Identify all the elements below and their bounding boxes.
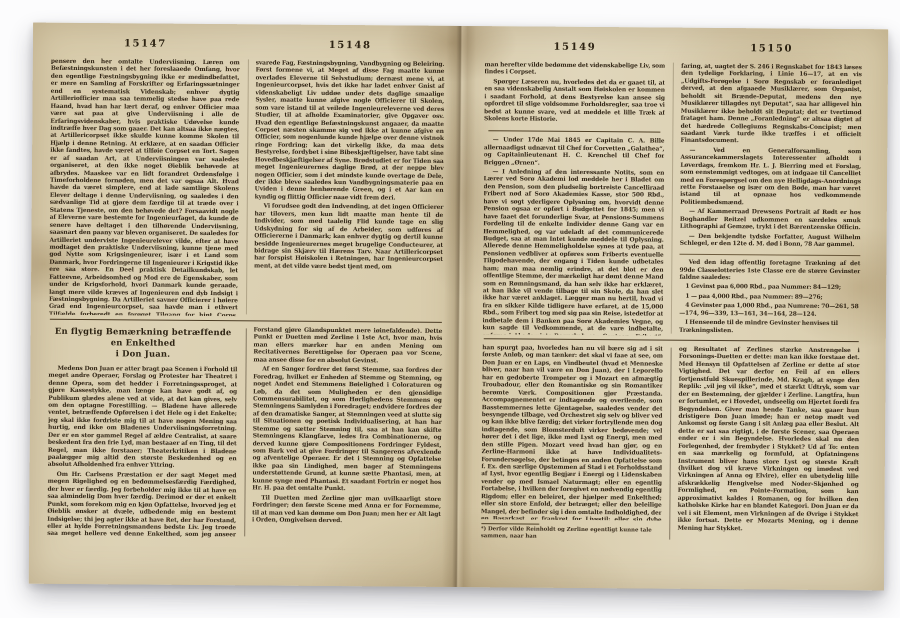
feuilleton-text: han spurgt paa, hvorledes han nu vil bær… <box>481 344 663 520</box>
paragraph: Til Duetten med Zerline gjør man uvilkaa… <box>252 494 441 525</box>
column-15150: 15150 faring, at, uagtet der S. 246 i Re… <box>679 43 862 337</box>
paragraph: pensere den her omtalte Underviisning. L… <box>49 58 240 316</box>
footnote-block: *) Derfor vilde Reinholdt og Zerline ege… <box>481 521 662 541</box>
paragraph: — Af Kammerraad Drewsens Portrait af Rød… <box>680 208 861 232</box>
footnote-text: *) Derfor vilde Reinholdt og Zerline ege… <box>481 526 662 541</box>
paragraph: — Under 17de Mai 1845 er Capitain C. A. … <box>484 136 665 167</box>
right-page-top-section: 15149 man herefter vilde bedømme det vid… <box>482 41 862 337</box>
news-notices: faring, at, uagtet der S. 246 i Regnskab… <box>680 63 862 251</box>
paragraph: han spurgt paa, hvorledes han nu vil bær… <box>481 344 663 520</box>
feuilleton-column-1: En flygtig Bemærkning betræffende en Enk… <box>47 325 237 538</box>
lottery-results: Ved den idag offentlig foretagne Træknin… <box>679 259 860 337</box>
article-text: man herefter vilde bedømme det videnskab… <box>484 61 665 126</box>
feuilleton-title-line1: En flygtig Bemærkning betræffende en Enk… <box>55 326 232 348</box>
feuilleton-title-line2: i Don Juan. <box>116 348 171 358</box>
news-notices: — Under 17de Mai 1845 er Capitain C. A. … <box>482 136 664 335</box>
paragraph: Spørger Læseren nu, hvorledes det da er … <box>484 78 665 124</box>
lottery-intro: Ved den idag offentlig foretagne Træknin… <box>679 259 860 283</box>
paragraph: — I Anledning af den interessante Notits… <box>482 168 664 335</box>
paragraph: — Den bekjendte tydske Forfatter, August… <box>680 232 861 248</box>
column-15147: 15147 pensere den her omtalte Underviisn… <box>49 38 240 316</box>
feuilleton-text: og Resultatet af Zerlines stærke Anstren… <box>677 346 859 543</box>
left-page-top-section: 15147 pensere den her omtalte Underviisn… <box>49 38 445 318</box>
paragraph: Medens Don Juan er atter bragt paa Scene… <box>48 365 238 471</box>
feuilleton-text: Medens Don Juan er atter bragt paa Scene… <box>47 365 237 539</box>
column-number: 15149 <box>484 41 665 53</box>
paragraph: faring, at, uagtet der S. 246 i Regnskab… <box>681 63 862 146</box>
paragraph: I Henseende til de mindre Gevinster henv… <box>679 319 860 335</box>
column-number: 15147 <box>51 38 240 50</box>
feuilleton-title: En flygtig Bemærkning betræffende en Enk… <box>49 326 238 360</box>
newspaper-spread: 15147 pensere den her omtalte Underviisn… <box>29 23 888 591</box>
paragraph: 4 Gevinster paa 1,000 Rbd., paa Numrene:… <box>679 302 860 318</box>
paragraph: Af en Sanger fordrer det først Stemme, s… <box>252 366 442 494</box>
right-page: 15149 man herefter vilde bedømme det vid… <box>456 26 888 590</box>
paragraph: 1 Gevinst paa 6,000 Rbd., paa Nummer: 84… <box>679 283 860 292</box>
paragraph: man herefter vilde bedømme det videnskab… <box>484 61 665 77</box>
feuilleton-section-right: han spurgt paa, hvorledes han nu vil bær… <box>481 344 860 543</box>
paragraph: svarede Fag, Fæstningsbygning, Vandbygni… <box>255 59 445 202</box>
paragraph: 1 — paa 4,000 Rbd., paa Nummer: 89—276; <box>679 293 860 302</box>
footnote-rule <box>481 523 539 524</box>
feuilleton-column-3: han spurgt paa, hvorledes han nu vil bær… <box>481 344 663 541</box>
section-divider-rule <box>483 338 858 342</box>
column-15148: 15148 svarede Fag, Fæstningsbygning, Van… <box>254 39 445 317</box>
feuilleton-text: Forstand gjøre Glandspunktet mere iøinef… <box>252 326 442 539</box>
left-page: 15147 pensere den her omtalte Underviisn… <box>29 23 461 587</box>
column-number: 15148 <box>256 39 445 51</box>
feuilleton-column-2: Forstand gjøre Glandspunktet mere iøinef… <box>252 326 442 539</box>
paragraph: og Resultatet af Zerlines stærke Anstren… <box>677 346 859 533</box>
article-text: svarede Fag, Fæstningsbygning, Vandbygni… <box>254 59 445 317</box>
lottery-divider-rule <box>680 253 861 255</box>
notice-divider-rule <box>488 130 661 132</box>
paragraph: Om Hr. Carlsens Præstation er der sagt M… <box>47 471 236 539</box>
section-divider-rule <box>50 319 441 323</box>
paragraph: Forstand gjøre Glandspunktet mere iøinef… <box>253 326 442 365</box>
paragraph: De udkomne Bogstal ere: 101, 124, 126, 1… <box>679 336 860 337</box>
feuilleton-column-4: og Resultatet af Zerlines stærke Anstren… <box>677 346 859 543</box>
photo-background: 15147 pensere den her omtalte Underviisn… <box>0 0 900 618</box>
article-text: pensere den her omtalte Underviisning. L… <box>49 58 240 316</box>
feuilleton-section-left: En flygtig Bemærkning betræffende en Enk… <box>47 325 442 540</box>
paragraph: Vi forudsee godt den Indvending, at det … <box>254 203 443 271</box>
lottery-lines: 1 Gevinst paa 6,000 Rbd., paa Nummer: 84… <box>679 283 860 337</box>
column-15149: 15149 man herefter vilde bedømme det vid… <box>482 41 665 335</box>
column-number: 15150 <box>681 43 862 55</box>
paragraph: — Ved en Generalforsamling, som Assuranc… <box>680 147 861 208</box>
